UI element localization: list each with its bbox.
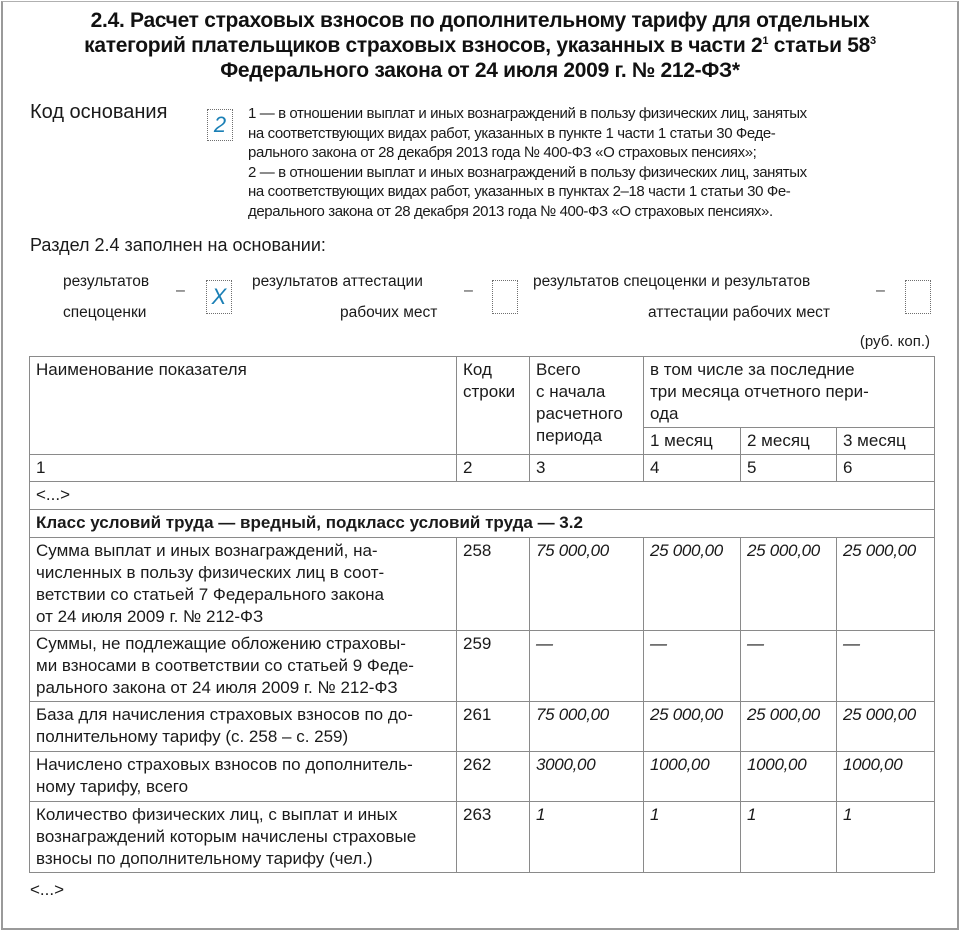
indicator-name: Сумма выплат и иных вознаграждений, на-ч…: [30, 538, 457, 631]
indicator-name: Суммы, не подлежащие обложению страховы-…: [30, 631, 457, 702]
column-number: 3: [530, 455, 644, 482]
name-line: рального закона от 24 июля 2009 г. № 212…: [36, 677, 451, 699]
table-row: Количество физических лиц, с выплат и ин…: [30, 802, 935, 873]
header-line-code: Кодстроки: [457, 357, 530, 455]
header-indicator-name: Наименование показателя: [30, 357, 457, 455]
table-row: Сумма выплат и иных вознаграждений, на-ч…: [30, 538, 935, 631]
header-month-2: 2 месяц: [741, 428, 837, 455]
value-month-2[interactable]: 1: [741, 802, 837, 873]
description-line: на соответствующих видах работ, указанны…: [248, 182, 948, 202]
line-code: 261: [457, 702, 530, 752]
basis-code-field[interactable]: 2: [207, 109, 233, 141]
value-month-2[interactable]: 1000,00: [741, 752, 837, 802]
name-line: ветствии со статьей 7 Федерального закон…: [36, 584, 451, 606]
name-line: Сумма выплат и иных вознаграждений, на-: [36, 540, 451, 562]
header-total-l2: с начала: [536, 381, 638, 403]
column-number: 2: [457, 455, 530, 482]
header-code-l1: Код: [463, 359, 524, 381]
value-total[interactable]: —: [530, 631, 644, 702]
value-total[interactable]: 3000,00: [530, 752, 644, 802]
title-line-3: Федерального закона от 24 июля 2009 г. №…: [0, 58, 960, 83]
value-month-2[interactable]: 25 000,00: [741, 538, 837, 631]
description-line: 1 — в отношении выплат и иных вознагражд…: [248, 104, 948, 124]
indicator-name: Количество физических лиц, с выплат и ин…: [30, 802, 457, 873]
option-2-dash: –: [464, 282, 473, 300]
description-line: на соответствующих видах работ, указанны…: [248, 124, 948, 144]
column-number: 1: [30, 455, 457, 482]
option-2-line-1: результатов аттестации: [252, 273, 423, 291]
option-1-dash: –: [176, 282, 185, 300]
name-line: Суммы, не подлежащие обложению страховы-: [36, 633, 451, 655]
value-total[interactable]: 75 000,00: [530, 538, 644, 631]
title-line-2-mid: статьи 58: [768, 34, 870, 57]
indicator-name: Начислено страховых взносов по дополните…: [30, 752, 457, 802]
header-total-l1: Всего: [536, 359, 638, 381]
name-line: База для начисления страховых взносов по…: [36, 704, 451, 726]
option-1-checkbox[interactable]: X: [206, 280, 232, 314]
name-line: взносы по дополнительному тарифу (чел.): [36, 848, 451, 870]
option-3-line-2: аттестации рабочих мест: [648, 304, 830, 322]
title-line-2-text: категорий плательщиков страховых взносов…: [84, 34, 762, 57]
class-row: Класс условий труда — вредный, подкласс …: [30, 510, 935, 538]
value-total[interactable]: 1: [530, 802, 644, 873]
option-1-line-2: спецоценки: [63, 304, 146, 322]
option-2-line-2: рабочих мест: [340, 304, 437, 322]
basis-code-description: 1 — в отношении выплат и иных вознагражд…: [248, 104, 948, 221]
ellipsis-row: <...>: [30, 482, 935, 510]
value-month-3[interactable]: 25 000,00: [837, 702, 935, 752]
name-line: ми взносами в соответствии со статьей 9 …: [36, 655, 451, 677]
value-month-1[interactable]: —: [644, 631, 741, 702]
value-month-3[interactable]: 1: [837, 802, 935, 873]
option-3-checkbox[interactable]: [905, 280, 931, 314]
column-numbers-row: 1 2 3 4 5 6: [30, 455, 935, 482]
header-last3-l3: ода: [650, 403, 929, 425]
header-total-l4: периода: [536, 425, 638, 447]
table-row: Суммы, не подлежащие обложению страховы-…: [30, 631, 935, 702]
working-conditions-class: Класс условий труда — вредный, подкласс …: [30, 510, 935, 538]
line-code: 258: [457, 538, 530, 631]
basis-code-label: Код основания: [30, 101, 167, 124]
header-last-three-months: в том числе за последниетри месяца отчет…: [644, 357, 935, 428]
table-row: База для начисления страховых взносов по…: [30, 702, 935, 752]
calculation-table: Наименование показателя Кодстроки Всегос…: [29, 356, 935, 873]
value-month-1[interactable]: 25 000,00: [644, 538, 741, 631]
name-line: ному тарифу, всего: [36, 776, 451, 798]
title-line-1: 2.4. Расчет страховых взносов по дополни…: [0, 8, 960, 33]
value-total[interactable]: 75 000,00: [530, 702, 644, 752]
footer-ellipsis: <...>: [30, 880, 64, 900]
header-code-l2: строки: [463, 381, 524, 403]
title-line-2: категорий плательщиков страховых взносов…: [0, 33, 960, 58]
section-title: 2.4. Расчет страховых взносов по дополни…: [0, 8, 960, 83]
header-month-3: 3 месяц: [837, 428, 935, 455]
table-header-row: Наименование показателя Кодстроки Всегос…: [30, 357, 935, 428]
value-month-1[interactable]: 1000,00: [644, 752, 741, 802]
value-month-1[interactable]: 1: [644, 802, 741, 873]
name-line: вознаграждений которым начислены страхов…: [36, 826, 451, 848]
indicator-name: База для начисления страховых взносов по…: [30, 702, 457, 752]
name-line: полнительному тарифу (с. 258 – с. 259): [36, 726, 451, 748]
header-month-1: 1 месяц: [644, 428, 741, 455]
header-total-l3: расчетного: [536, 403, 638, 425]
name-line: численных в пользу физических лиц в соот…: [36, 562, 451, 584]
name-line: от 24 июля 2009 г. № 212-ФЗ: [36, 606, 451, 628]
name-line: Количество физических лиц, с выплат и ин…: [36, 804, 451, 826]
value-month-3[interactable]: 25 000,00: [837, 538, 935, 631]
value-month-1[interactable]: 25 000,00: [644, 702, 741, 752]
value-month-3[interactable]: 1000,00: [837, 752, 935, 802]
header-last3-l1: в том числе за последние: [650, 359, 929, 381]
line-code: 259: [457, 631, 530, 702]
line-code: 262: [457, 752, 530, 802]
value-month-3[interactable]: —: [837, 631, 935, 702]
header-total: Всегос началарасчетногопериода: [530, 357, 644, 455]
column-number: 4: [644, 455, 741, 482]
line-code: 263: [457, 802, 530, 873]
description-line: дерального закона от 28 декабря 2013 год…: [248, 202, 948, 222]
option-1-line-1: результатов: [63, 273, 149, 291]
filled-basis-label: Раздел 2.4 заполнен на основании:: [30, 235, 326, 256]
value-month-2[interactable]: —: [741, 631, 837, 702]
column-number: 6: [837, 455, 935, 482]
description-line: рального закона от 28 декабря 2013 года …: [248, 143, 948, 163]
option-2-checkbox[interactable]: [492, 280, 518, 314]
title-sup-2: 3: [870, 35, 876, 47]
column-number: 5: [741, 455, 837, 482]
table-row: Начислено страховых взносов по дополните…: [30, 752, 935, 802]
table-ellipsis: <...>: [30, 482, 935, 510]
units-label: (руб. коп.): [860, 333, 930, 350]
option-3-line-1: результатов спецоценки и результатов: [533, 273, 810, 291]
name-line: Начислено страховых взносов по дополните…: [36, 754, 451, 776]
option-3-dash: –: [876, 282, 885, 300]
header-last3-l2: три месяца отчетного пери-: [650, 381, 929, 403]
description-line: 2 — в отношении выплат и иных вознагражд…: [248, 163, 948, 183]
value-month-2[interactable]: 25 000,00: [741, 702, 837, 752]
